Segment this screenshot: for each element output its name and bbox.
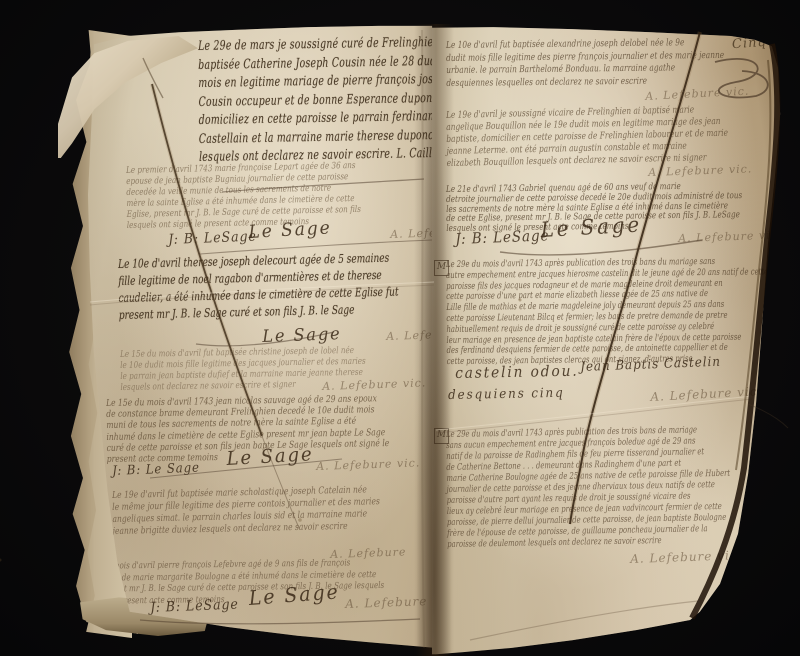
signature-lefebure: A. Lefebure [390,225,438,241]
signature-lesage-jb: J: B: LeSage [455,226,550,248]
signature-lesage: Le Sage [262,324,342,347]
entry-baptism-cousin: Le 29e de mars je soussigné curé de Frel… [198,33,438,167]
manuscript-photo: Le 29e de mars je soussigné curé de Frel… [0,0,800,656]
entry-baptism-bouquillon: Le 19e d'avril je soussigné vicaire de F… [446,104,728,170]
entry-baptism-delobel-alexandrine: Le 10e d'avril fut baptisée alexandrine … [446,37,724,90]
signature-lefebure-vic: A. Lefebure vic. [630,548,743,566]
page-right: Cinq Le 10e d'avril fut baptisée alexand… [432,24,792,656]
entry-marriage-castelin: Le 29e du mois d'avril 1743 après public… [446,256,769,368]
signature-lefebure-vic: A. Lefebure vic. [678,228,783,245]
signature-lefebure-vic: A. Lefebure vic. [345,593,438,611]
entry-baptism-catelain: Le 19e d'avril fut baptisée marie schola… [112,484,380,538]
page-number: Cinq [732,35,768,52]
signature-lesage: Le Sage [540,212,643,242]
speck [0,559,2,562]
signature-lefebure-vic: A. Lefebure vic. [648,162,753,179]
signature-lefebure-vic: A. Lefebure vic. [386,326,438,343]
entry-marriage-boledue: Le 29e du mois d'avril 1743 après public… [446,425,731,551]
signature-lesage: Le Sage [248,217,332,243]
signature-lefebure-vic: A. Lefebure vic. [650,384,763,404]
signature-lesage: Le Sage [226,443,314,470]
signature-lesage-jb: J: B: Le Sage [112,461,200,479]
signature-lefebure-vic: A. Lefebure vic. [322,376,427,393]
entry-burial-delecourt: Le 10e d'avril therese joseph delecourt … [118,249,399,324]
page-left: Le 29e de mars je soussigné curé de Frel… [68,24,438,656]
signature-castelin-odou: castelin odou. [455,362,579,382]
signature-lesage-jb: J: B: LeSage [168,229,257,248]
signature-lefebure-vic: A. Lefebure vic. [316,456,421,473]
signature-desquiens: desquiens cinq [448,386,565,403]
signature-lesage-jb: J: B: LeSage [150,597,239,616]
